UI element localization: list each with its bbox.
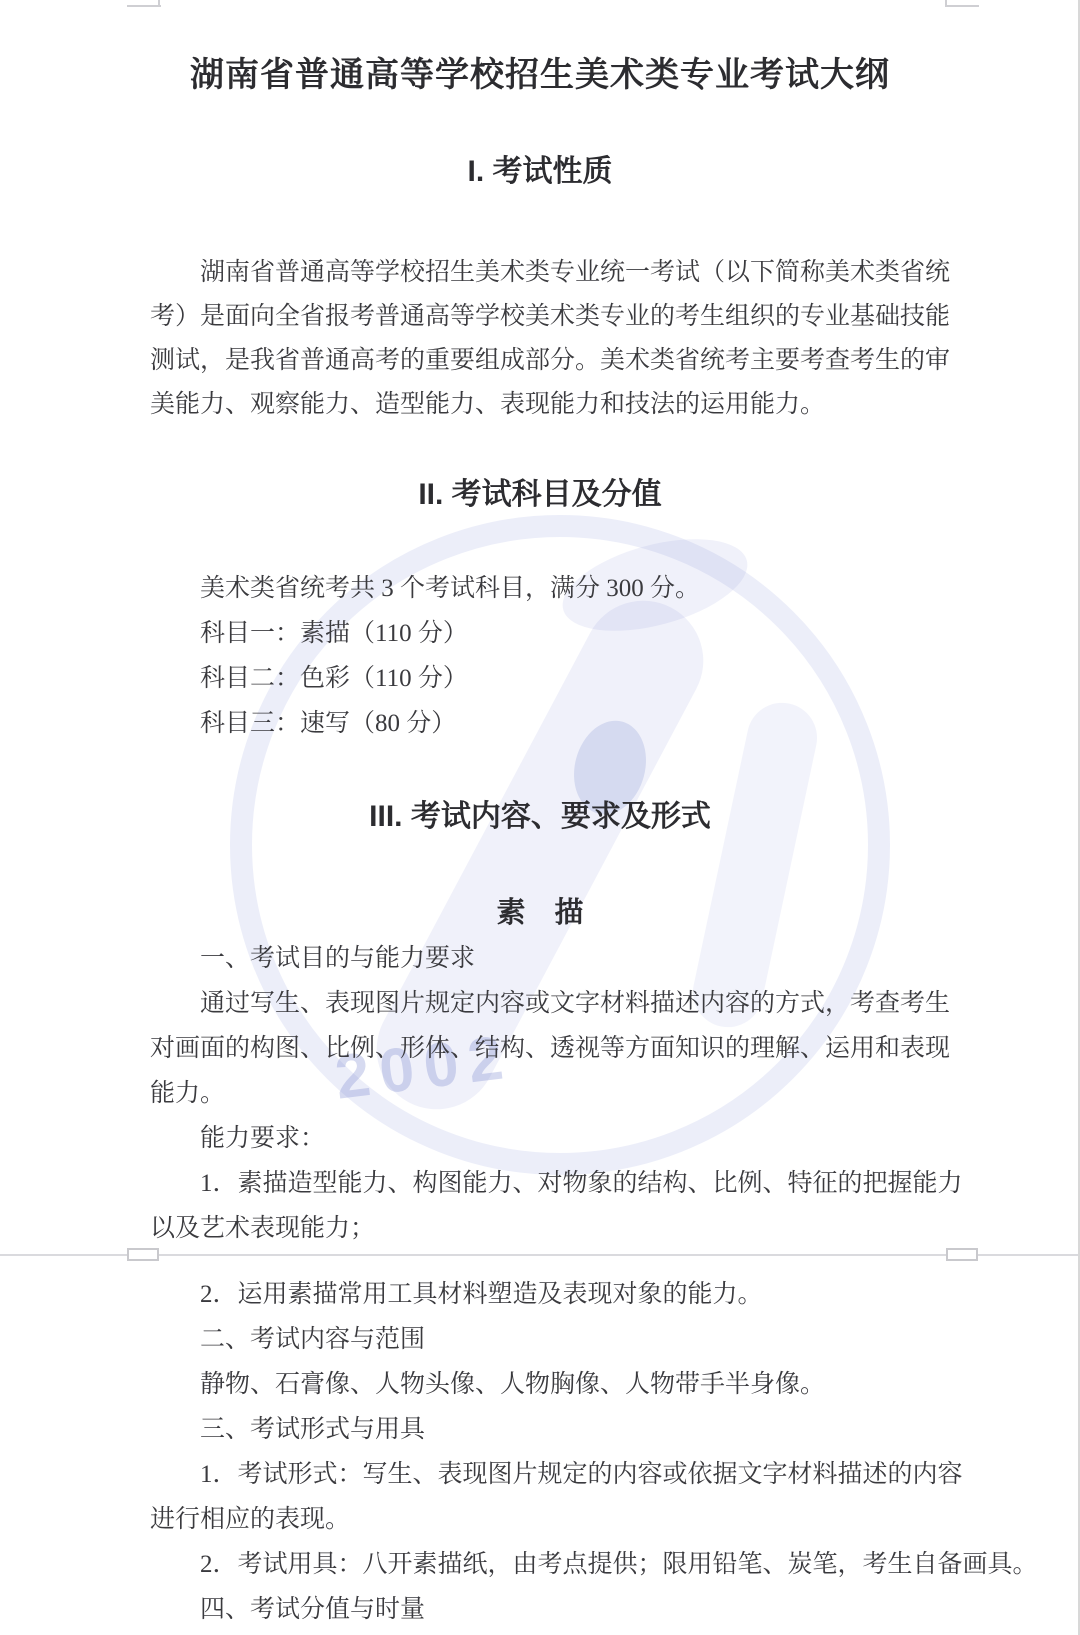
text-line: 能力要求： [150,1116,950,1161]
text-line: 一、考试目的与能力要求 [150,936,950,981]
text-line: 科目一：素描（110 分） [150,611,950,656]
text-line: 通过写生、表现图片规定内容或文字材料描述内容的方式，考查考生 [150,981,950,1026]
page-margin-mark-top-left [158,0,160,7]
document-page: { "page": { "title": "湖南省普通高等学校招生美术类专业考试… [0,0,1080,1635]
paragraph-sketch-page1: 一、考试目的与能力要求 通过写生、表现图片规定内容或文字材料描述内容的方式，考查… [150,936,950,1251]
section-heading-subjects-scores: II. 考试科目及分值 [0,473,1080,517]
text-line: 美能力、观察能力、造型能力、表现能力和技法的运用能力。 [150,383,950,427]
text-line: 2．运用素描常用工具材料塑造及表现对象的能力。 [150,1272,950,1317]
page-margin-mark-top-right [945,5,979,7]
text-line: 进行相应的表现。 [150,1497,950,1542]
page-margin-mark-top-left [127,5,161,7]
text-line: 2．考试用具：八开素描纸，由考点提供；限用铅笔、炭笔，考生自备画具。 [150,1542,950,1587]
text-line: 对画面的构图、比例、形体、结构、透视等方面知识的理解、运用和表现 [150,1026,950,1071]
text-line: 静物、石膏像、人物头像、人物胸像、人物带手半身像。 [150,1362,950,1407]
text-line: 能力。 [150,1071,950,1116]
text-line: 1．考试形式：写生、表现图片规定的内容或依据文字材料描述的内容 [150,1452,950,1497]
page-break-margin-mark-right [946,1248,978,1261]
paragraph-subjects: 美术类省统考共 3 个考试科目，满分 300 分。 科目一：素描（110 分） … [150,566,950,746]
page-break-divider [0,1254,1080,1256]
text-line: 三、考试形式与用具 [150,1407,950,1452]
text-line: 科目三：速写（80 分） [150,701,950,746]
text-line: 二、考试内容与范围 [150,1317,950,1362]
text-line: 美术类省统考共 3 个考试科目，满分 300 分。 [150,566,950,611]
text-line: 以及艺术表现能力； [150,1206,950,1251]
document-title: 湖南省普通高等学校招生美术类专业考试大纲 [0,52,1080,100]
text-line: 1．素描造型能力、构图能力、对物象的结构、比例、特征的把握能力 [150,1161,950,1206]
section-heading-content-requirements: III. 考试内容、要求及形式 [0,795,1080,839]
section-heading-exam-nature: I. 考试性质 [0,150,1080,194]
sub-heading-sketch: 素 描 [0,892,1080,934]
text-line: 科目二：色彩（110 分） [150,656,950,701]
text-line: 测试，是我省普通高考的重要组成部分。美术类省统考主要考查考生的审 [150,339,950,383]
text-line: 湖南省普通高等学校招生美术类专业统一考试（以下简称美术类省统 [150,251,950,295]
page-margin-mark-top-right [945,0,947,7]
text-line: 考）是面向全省报考普通高等学校美术类专业的考生组织的专业基础技能 [150,295,950,339]
text-line: 四、考试分值与时量 [150,1587,950,1632]
paragraph-exam-nature: 湖南省普通高等学校招生美术类专业统一考试（以下简称美术类省统 考）是面向全省报考… [150,251,950,427]
paragraph-sketch-page2: 2．运用素描常用工具材料塑造及表现对象的能力。 二、考试内容与范围 静物、石膏像… [150,1272,950,1632]
